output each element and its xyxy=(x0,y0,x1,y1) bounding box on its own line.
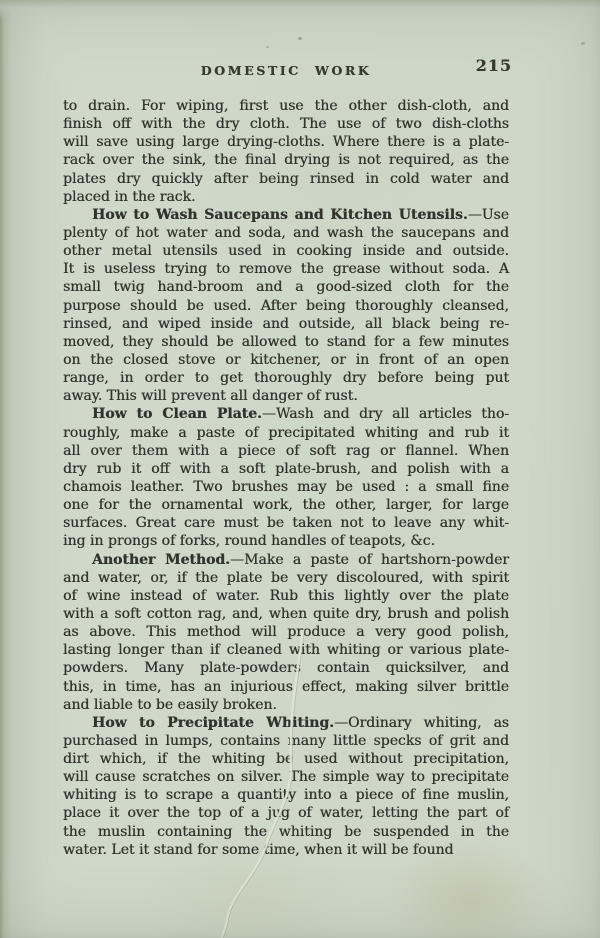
page-body: to drain. For wiping, first use the othe… xyxy=(63,97,509,859)
text-line: purpose should be used. After being thor… xyxy=(63,297,509,315)
text-line: dirt which, if the whiting be used witho… xyxy=(63,750,509,768)
text-line: How to Clean Plate.—Wash and dry all art… xyxy=(63,405,509,423)
text-line: How to Wash Saucepans and Kitchen Utensi… xyxy=(63,206,509,224)
text-line: whiting is to scrape a quantity into a p… xyxy=(63,786,509,804)
running-head: DOMESTIC WORK xyxy=(63,63,509,78)
text-line: placed in the rack. xyxy=(63,188,509,206)
paper-speck xyxy=(298,37,302,40)
text-line: water. Let it stand for some time, when … xyxy=(63,841,509,859)
heading-run-in: How to Precipitate Whiting. xyxy=(92,715,334,731)
text-line: of wine instead of water. Rub this light… xyxy=(63,587,509,605)
text-line: one for the ornamental work, the other, … xyxy=(63,496,509,514)
heading-run-in: How to Wash Saucepans and Kitchen Utensi… xyxy=(92,207,468,223)
text-line: will cause scratches on silver. The simp… xyxy=(63,768,509,786)
paper-speck xyxy=(266,46,269,48)
book-page: DOMESTIC WORK 215 to drain. For wiping, … xyxy=(0,0,600,938)
text-line: Another Method.—Make a paste of hartshor… xyxy=(63,551,509,569)
text-line: powders. Many plate-powders contain quic… xyxy=(63,659,509,677)
text-line: roughly, make a paste of precipitated wh… xyxy=(63,424,509,442)
paper-speck xyxy=(415,120,418,123)
text-line: away. This will prevent all danger of ru… xyxy=(63,387,509,405)
text-line: plenty of hot water and soda, and wash t… xyxy=(63,224,509,242)
heading-run-in: Another Method. xyxy=(92,552,230,568)
page-number: 215 xyxy=(476,56,512,75)
text-line: lasting longer than if cleaned with whit… xyxy=(63,641,509,659)
text-line: small twig hand-broom and a good-sized c… xyxy=(63,278,509,296)
text-line: other metal utensils used in cooking ins… xyxy=(63,242,509,260)
text-line: chamois leather. Two brushes may be used… xyxy=(63,478,509,496)
text-line: surfaces. Great care must be taken not t… xyxy=(63,514,509,532)
text-line: plates dry quickly after being rinsed in… xyxy=(63,170,509,188)
text-line: rinsed, and wiped inside and outside, al… xyxy=(63,315,509,333)
text-line: this, in time, has an injurious effect, … xyxy=(63,678,509,696)
text-line: and liable to be easily broken. xyxy=(63,696,509,714)
text-line: How to Precipitate Whiting.—Ordinary whi… xyxy=(63,714,509,732)
text-line: will save using large drying-cloths. Whe… xyxy=(63,133,509,151)
text-line: and water, or, if the plate be very disc… xyxy=(63,569,509,587)
text-line: place it over the top of a jug of water,… xyxy=(63,804,509,822)
text-line: all over them with a piece of soft rag o… xyxy=(63,442,509,460)
text-line: finish off with the dry cloth. The use o… xyxy=(63,115,509,133)
text-line: with a soft cotton rag, and, when quite … xyxy=(63,605,509,623)
text-line: moved, they should be allowed to stand f… xyxy=(63,333,509,351)
paper-speck xyxy=(581,42,585,45)
heading-run-in: How to Clean Plate. xyxy=(92,406,262,422)
text-line: dry rub it off with a soft plate-brush, … xyxy=(63,460,509,478)
text-line: to drain. For wiping, first use the othe… xyxy=(63,97,509,115)
text-line: as above. This method will produce a ver… xyxy=(63,623,509,641)
text-line: ing in prongs of forks, round handles of… xyxy=(63,532,509,550)
text-line: the muslin containing the whiting be sus… xyxy=(63,823,509,841)
text-line: purchased in lumps, contains many little… xyxy=(63,732,509,750)
text-line: It is useless trying to remove the greas… xyxy=(63,260,509,278)
text-line: range, in order to get thoroughly dry be… xyxy=(63,369,509,387)
text-line: rack over the sink, the final drying is … xyxy=(63,151,509,169)
text-line: on the closed stove or kitchener, or in … xyxy=(63,351,509,369)
